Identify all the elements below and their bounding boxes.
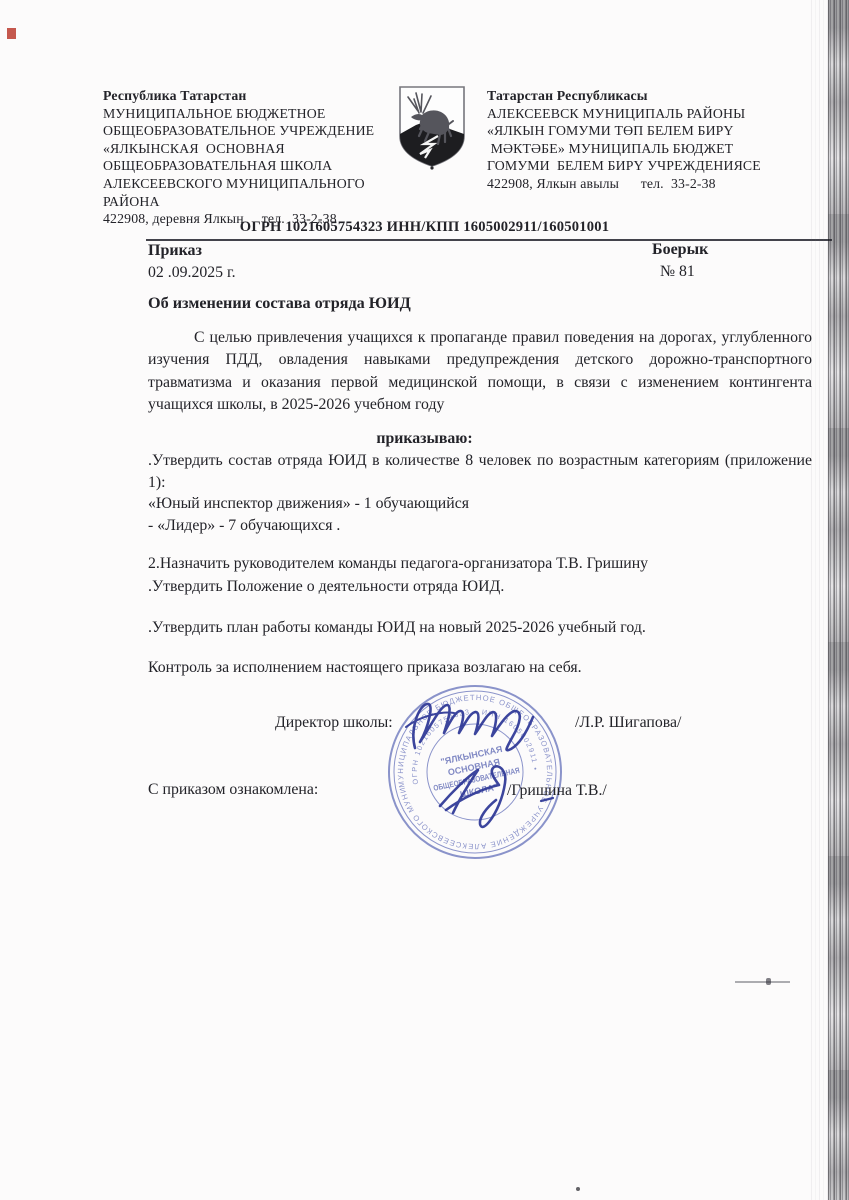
resolution-word: приказываю: <box>0 428 849 450</box>
order-header-left: Приказ 02 .09.2025 г. <box>148 240 236 284</box>
order-item: - «Лидер» - 7 обучающихся . <box>148 515 812 537</box>
scan-edge-faint-noise <box>811 0 828 1200</box>
scan-scratch-dot <box>766 978 771 985</box>
order-item: .Утвердить Положение о деятельности отря… <box>148 576 812 598</box>
director-signature <box>406 704 533 750</box>
order-preamble: С целью привлечения учащихся к пропаганд… <box>148 327 812 416</box>
header-right-line: АЛЕКСЕЕВСК МУНИЦИПАЛЬ РАЙОНЫ <box>487 105 822 123</box>
scan-edge-dark-band <box>828 0 849 1200</box>
acknowledged-name: /Гришина Т.В./ <box>507 780 607 802</box>
header-left-line: РАЙОНА <box>103 193 408 211</box>
header-divider-rule <box>146 239 832 241</box>
director-label: Директор школы: <box>275 712 393 734</box>
header-right-line: ГОМУМИ БЕЛЕМ БИРҮ УЧРЕЖДЕНИЯСЕ <box>487 157 822 175</box>
scanned-order-document: Республика Татарстан МУНИЦИПАЛЬНОЕ БЮДЖЕ… <box>0 0 849 1200</box>
order-number: № 81 <box>652 261 708 283</box>
order-item: «Юный инспектор движения» - 1 обучающийс… <box>148 493 812 515</box>
scan-bottom-dot <box>576 1187 580 1191</box>
director-name: /Л.Р. Шигапова/ <box>575 712 681 734</box>
header-right-line: Татарстан Республикасы <box>487 87 822 105</box>
order-item: 2.Назначить руководителем команды педаго… <box>148 553 812 575</box>
order-subject: Об изменении состава отряда ЮИД <box>148 292 812 314</box>
header-right-line: «ЯЛКЫН ГОМУМИ ТӨП БЕЛЕМ БИРҮ <box>487 122 822 140</box>
scan-scratch-mark <box>735 981 790 983</box>
header-left-line: Республика Татарстан <box>103 87 408 105</box>
header-left-line: АЛЕКСЕЕВСКОГО МУНИЦИПАЛЬНОГО <box>103 175 408 193</box>
header-right-block: Татарстан Республикасы АЛЕКСЕЕВСК МУНИЦИ… <box>487 87 822 193</box>
acknowledged-label: С приказом ознакомлена: <box>148 779 318 801</box>
order-date: 02 .09.2025 г. <box>148 262 236 284</box>
order-label-tat: Боерык <box>652 239 708 261</box>
coat-of-arms-deer-icon <box>394 84 470 170</box>
header-left-line: МУНИЦИПАЛЬНОЕ БЮДЖЕТНОЕ <box>103 105 408 123</box>
registration-line: ОГРН 1021605754323 ИНН/КПП 1605002911/16… <box>0 216 849 238</box>
order-header-right: Боерык № 81 <box>652 239 708 283</box>
header-left-line: ОБЩЕОБРАЗОВАТЕЛЬНОЕ УЧРЕЖДЕНИЕ <box>103 122 408 140</box>
header-right-line: МӘКТӘБЕ» МУНИЦИПАЛЬ БЮДЖЕТ <box>487 140 822 158</box>
signatures-ink-layer <box>395 683 595 838</box>
order-item: .Утвердить план работы команды ЮИД на но… <box>148 617 812 639</box>
header-left-block: Республика Татарстан МУНИЦИПАЛЬНОЕ БЮДЖЕ… <box>103 87 408 228</box>
order-label-ru: Приказ <box>148 240 236 262</box>
header-right-address: 422908, Ялкын авылы тел. 33-2-38 <box>487 175 822 193</box>
header-left-line: «ЯЛКЫНСКАЯ ОСНОВНАЯ <box>103 140 408 158</box>
scan-red-mark <box>7 28 16 39</box>
order-item: .Утвердить состав отряда ЮИД в количеств… <box>148 450 812 494</box>
header-left-line: ОБЩЕОБРАЗОВАТЕЛЬНАЯ ШКОЛА <box>103 157 408 175</box>
